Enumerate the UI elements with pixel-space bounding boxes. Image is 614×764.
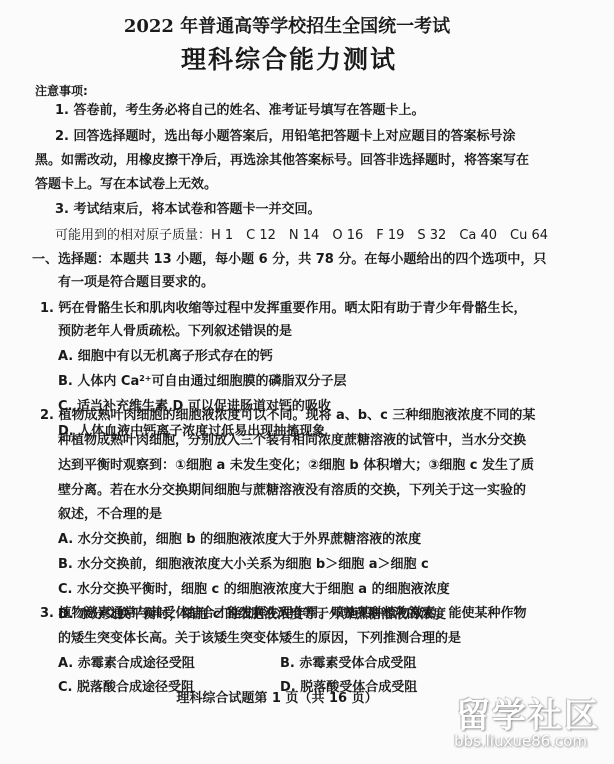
q3-stem-line1: 3. 植物激素通常与其受体结合才能发挥生理作用。喷施某种植物激素，能使某种作物	[40, 605, 527, 623]
q2-stem-line2: 种植物成熟叶肉细胞，分别放入三个装有相同浓度蔗糖溶液的试管中，当水分交换	[58, 432, 526, 450]
q2-stem-line5: 叙述，不合理的是	[58, 506, 162, 524]
q2-stem-line3: 达到平衡时观察到：①细胞 a 未发生变化；②细胞 b 体积增大；③细胞 c 发生…	[58, 457, 534, 475]
atomic-masses: 可能用到的相对原子质量：H 1 C 12 N 14 O 16 F 19 S 32…	[55, 227, 548, 245]
q2-option-b: B. 水分交换前，细胞液浓度大小关系为细胞 b＞细胞 a＞细胞 c	[58, 556, 429, 574]
exam-title: 2022 年普通高等学校招生全国统一考试	[0, 12, 614, 38]
subject-title-text: 理科综合能力测试	[181, 40, 397, 76]
q2-option-a: A. 水分交换前，细胞 b 的细胞液浓度大于外界蔗糖溶液的浓度	[58, 531, 421, 549]
watermark: 留学社区 bbs.liuxue86.com	[448, 688, 608, 758]
notice-heading: 注意事项:	[35, 82, 88, 100]
notice-item-1: 1. 答卷前，考生务必将自己的姓名、准考证号填写在答题卡上。	[55, 102, 425, 120]
q1-option-a: A. 细胞中有以无机离子形式存在的钙	[58, 348, 273, 366]
subject-title: 理科综合能力测试	[0, 40, 614, 76]
q3-option-a: A. 赤霉素合成途径受阻	[58, 655, 195, 673]
notice-item-2: 2. 回答选择题时，选出每小题答案后，用铅笔把答题卡上对应题目的答案标号涂	[55, 128, 516, 146]
q1-stem-line2: 预防老年人骨质疏松。下列叙述错误的是	[58, 323, 292, 341]
q3-stem-line2: 的矮生突变体长高。关于该矮生突变体矮生的原因，下列推测合理的是	[58, 630, 461, 648]
exam-page: 2022 年普通高等学校招生全国统一考试 理科综合能力测试 注意事项: 1. 答…	[0, 0, 614, 764]
watermark-brand: 留学社区	[456, 688, 600, 737]
q1-stem-line1: 1. 钙在骨骼生长和肌肉收缩等过程中发挥重要作用。晒太阳有助于青少年骨骼生长，	[40, 300, 527, 318]
q3-option-b: B. 赤霉素受体合成受阻	[280, 655, 416, 673]
notice-item-3: 3. 考试结束后，将本试卷和答题卡一并交回。	[55, 201, 321, 219]
exam-title-text: 2022 年普通高等学校招生全国统一考试	[124, 12, 450, 38]
section-instructions-cont: 有一项是符合题目要求的。	[58, 274, 214, 292]
q1-option-b-post: 可自由通过细胞膜的磷脂双分子层	[152, 374, 347, 389]
q2-option-c: C. 水分交换平衡时，细胞 c 的细胞液浓度大于细胞 a 的细胞液浓度	[58, 581, 450, 599]
q2-stem-line4: 壁分离。若在水分交换期间细胞与蔗糖溶液没有溶质的交换，下列关于这一实验的	[58, 482, 526, 500]
q1-option-b-sup: 2+	[139, 374, 151, 383]
section-instructions: 一、选择题：本题共 13 小题，每小题 6 分，共 78 分。在每小题给出的四个…	[32, 251, 546, 269]
notice-item-2-cont2: 答题卡上。写在本试卷上无效。	[35, 176, 217, 194]
page-number-label: 理科综合试题第 1 页（共 16 页）	[176, 687, 377, 706]
q1-option-b: B. 人体内 Ca2+可自由通过细胞膜的磷脂双分子层	[58, 373, 347, 391]
notice-item-2-cont: 黑。如需改动，用橡皮擦干净后，再选涂其他答案标号。回答非选择题时，将答案写在	[35, 152, 529, 170]
q2-stem-line1: 2. 植物成熟叶肉细胞的细胞液浓度可以不同。现将 a、b、c 三种细胞液浓度不同…	[40, 407, 535, 425]
watermark-url: bbs.liuxue86.com	[454, 732, 587, 750]
q1-option-b-pre: B. 人体内 Ca	[58, 374, 139, 389]
